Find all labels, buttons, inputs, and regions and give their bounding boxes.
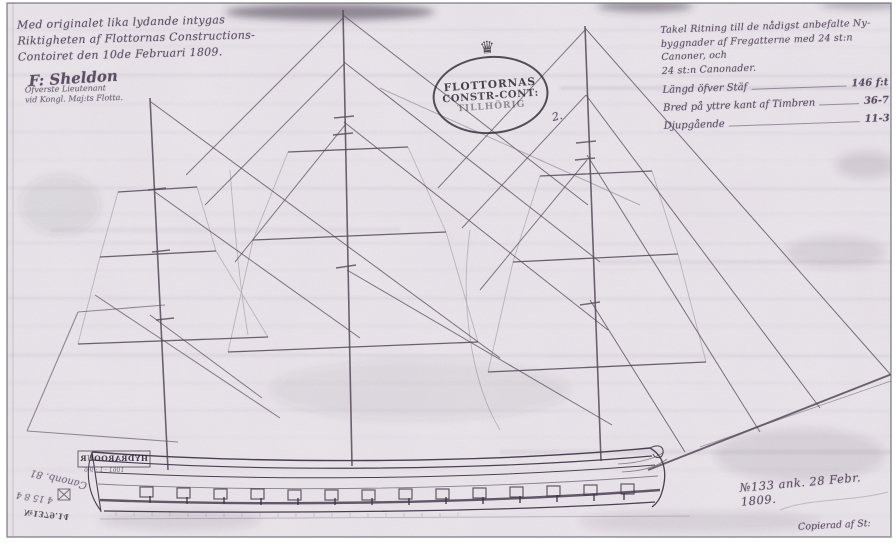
stern-mirrored-name: HYDRAROOUR — [80, 454, 148, 463]
rule-line — [819, 103, 859, 105]
scanned-ship-rigging-plan: Med originalet lika lydande intygas Rikt… — [0, 0, 896, 546]
measurement-label: Längd öfver Stäf — [662, 82, 747, 96]
measurement-value: 11-3 — [864, 113, 889, 125]
construction-office-stamp: ♛ FLOTTORNAS CONSTR-CONT: TILLHÖRIG — [426, 32, 555, 142]
measurement-label: Djupgående — [664, 119, 725, 132]
measurement-value: 146 f:t — [851, 77, 888, 89]
certification-block: Med originalet lika lydande intygas Rikt… — [17, 10, 299, 105]
mast-annotation: 2. — [551, 109, 564, 124]
title-block: Takel Ritning till de nådigst anbefalte … — [660, 16, 890, 132]
stern-mirrored-subtext: 1061 · 1 · 9 6 — [84, 467, 124, 474]
stamp-oval: FLOTTORNAS CONSTR-CONT: TILLHÖRIG — [430, 52, 551, 138]
measurement-value: 36-7 — [864, 95, 889, 107]
rule-line — [751, 86, 846, 90]
